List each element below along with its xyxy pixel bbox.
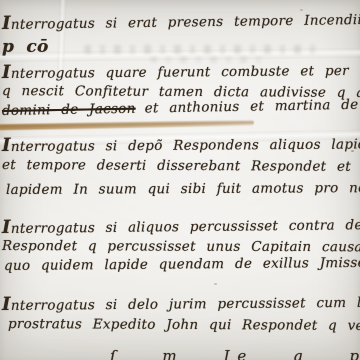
struck-through-text: domini de Jacson (2, 101, 136, 119)
manuscript-line: domini de Jacsonet anthonius et martina … (2, 98, 360, 118)
manuscript-line: et tempore deserti disserebant Respondet… (2, 159, 360, 175)
manuscript-line: p cō (2, 39, 49, 56)
manuscript-line: Interrogatus si delo jurim percussisset … (2, 292, 360, 314)
manuscript-line: prostratus Expedito John qui Respondet q… (8, 318, 360, 334)
manuscript-line: Interrogatus si erat presens tempore Inc… (2, 8, 360, 33)
ochre-smudge-stroke (0, 120, 254, 130)
manuscript-line: Interrogatus quare fuerunt combuste et p… (2, 60, 360, 82)
manuscript-line: quo quidem lapide quendam de exillus Jmi… (4, 256, 360, 273)
manuscript-line: lapidem In suum qui sibi fuit amotus pro… (6, 182, 360, 198)
paper-crease-horizontal (0, 48, 360, 63)
ink-showthrough (84, 45, 320, 54)
manuscript-line-text: et anthonius et martina de sab (145, 96, 360, 116)
manuscript-page: Interrogatus si erat presens tempore Inc… (0, 0, 360, 360)
manuscript-line: Interrogatus si depõ Respondens aliquos … (2, 134, 360, 156)
manuscript-line: Interrogatus si aliquos percussisset con… (2, 214, 360, 237)
manuscript-line: Respondet q percussisset unus Capitain c… (2, 240, 360, 255)
manuscript-line-partial: ſ m Je q p (110, 349, 360, 360)
ink-speck (214, 283, 217, 285)
